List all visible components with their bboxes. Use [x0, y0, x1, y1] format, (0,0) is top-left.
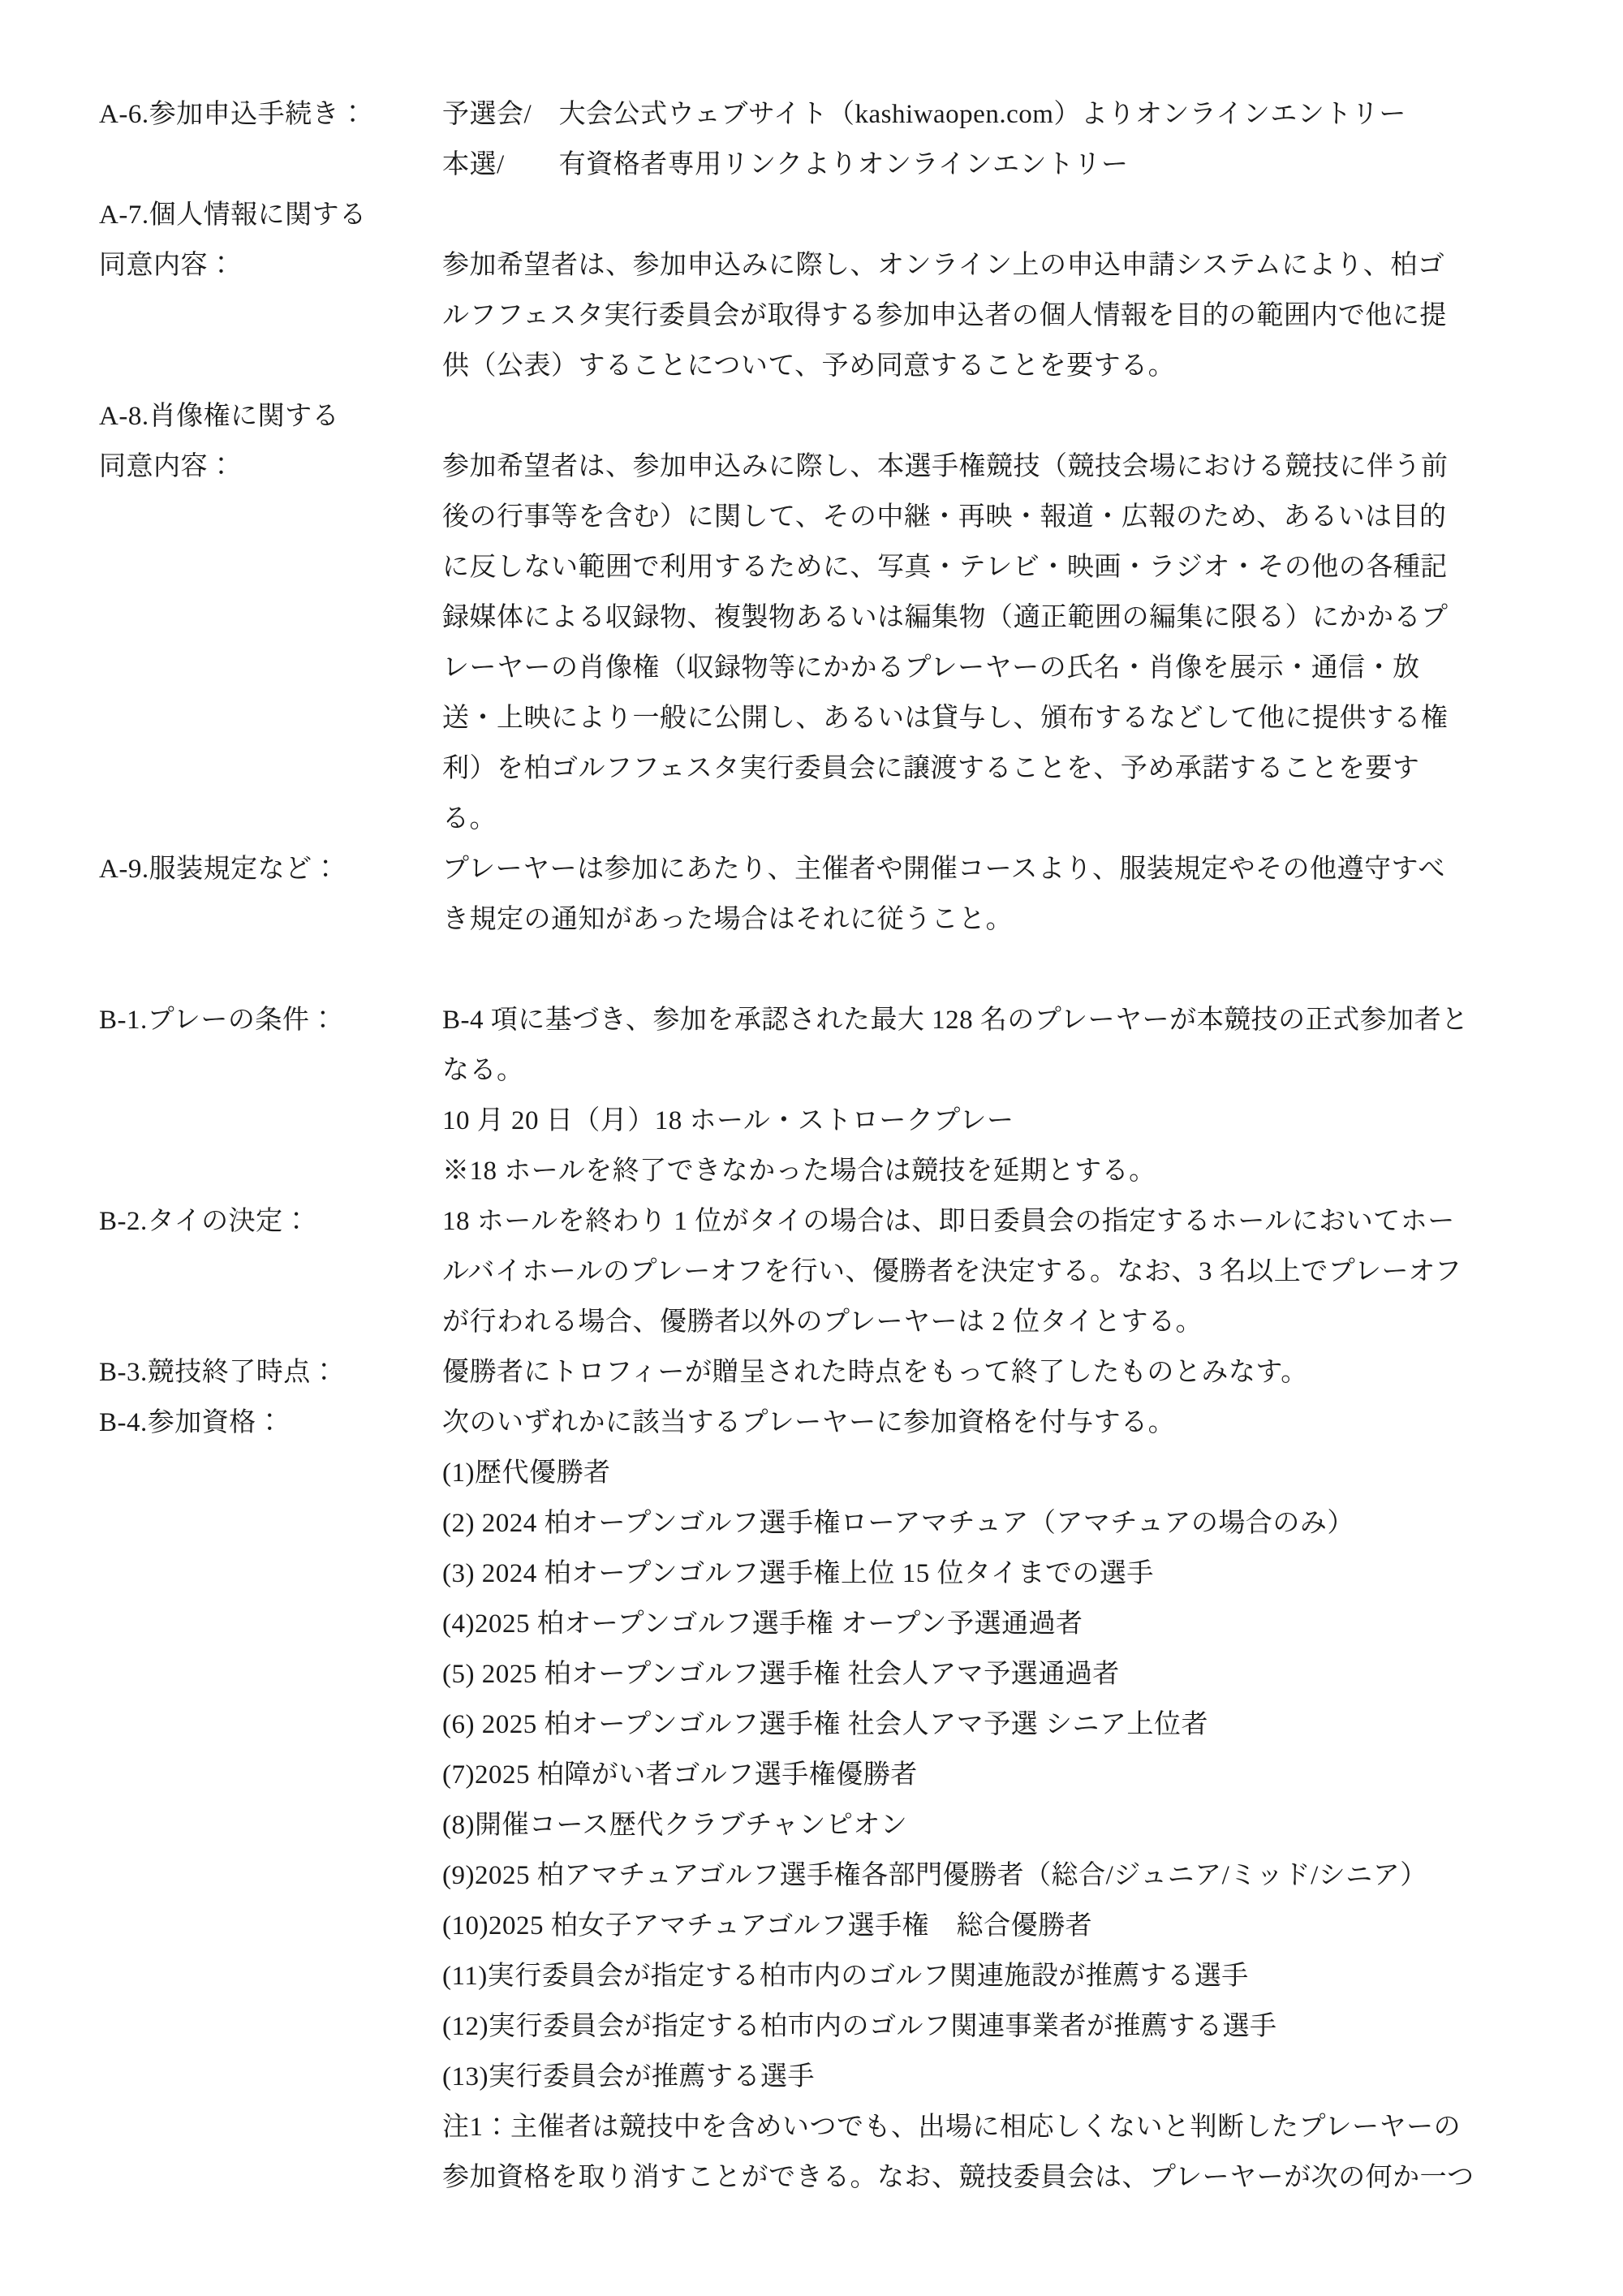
- text-line: (9)2025 柏アマチュアゴルフ選手権各部門優勝者（総合/ジュニア/ミッド/シ…: [442, 1850, 1527, 1901]
- text-line: A-7.個人情報に関する: [99, 190, 442, 240]
- text-line: 本選/ 有資格者専用リンクよりオンラインエントリー: [442, 140, 1527, 190]
- text-line: 優勝者にトロフィーが贈呈された時点をもって終了したものとみなす。: [442, 1347, 1527, 1398]
- document-section-B-1: B-1.プレーの条件： B-4 項に基づき、参加を承認された最大 128 名のプ…: [99, 995, 1527, 1196]
- section-content: 優勝者にトロフィーが贈呈された時点をもって終了したものとみなす。: [442, 1347, 1527, 1398]
- text-line: (12)実行委員会が指定する柏市内のゴルフ関連事業者が推薦する選手: [442, 2001, 1527, 2052]
- text-line: ルフフェスタ実行委員会が取得する参加申込者の個人情報を目的の範囲内で他に提: [442, 291, 1527, 341]
- text-line: 次のいずれかに該当するプレーヤーに参加資格を付与する。: [442, 1398, 1527, 1448]
- text-line: レーヤーの肖像権（収録物等にかかるプレーヤーの氏名・肖像を展示・通信・放: [442, 643, 1527, 693]
- text-line: る。: [442, 794, 1527, 844]
- text-line: 同意内容：: [99, 240, 442, 291]
- section-label: A-9.服装規定など：: [99, 844, 442, 894]
- text-line: プレーヤーは参加にあたり、主催者や開催コースより、服装規定やその他遵守すべ: [442, 844, 1527, 894]
- text-line: (13)実行委員会が推薦する選手: [442, 2052, 1527, 2102]
- text-line: (3) 2024 柏オープンゴルフ選手権上位 15 位タイまでの選手: [442, 1549, 1527, 1599]
- section-content: 参加希望者は、参加申込みに際し、本選手権競技（競技会場における競技に伴う前後の行…: [442, 391, 1527, 844]
- section-label: B-3.競技終了時点：: [99, 1347, 442, 1398]
- text-line: (1)歴代優勝者: [442, 1448, 1527, 1498]
- text-line: (11)実行委員会が指定する柏市内のゴルフ関連施設が推薦する選手: [442, 1951, 1527, 2001]
- text-line: 参加資格を取り消すことができる。なお、競技委員会は、プレーヤーが次の何か一つ: [442, 2152, 1527, 2203]
- text-line: 同意内容：: [99, 442, 442, 492]
- document-section-A-9: A-9.服装規定など： プレーヤーは参加にあたり、主催者や開催コースより、服装規…: [99, 844, 1527, 995]
- text-line: 利）を柏ゴルフフェスタ実行委員会に譲渡することを、予め承諾することを要す: [442, 743, 1527, 794]
- document-section-A-8: A-8.肖像権に関する同意内容： 参加希望者は、参加申込みに際し、本選手権競技（…: [99, 391, 1527, 844]
- text-line: [442, 391, 1527, 442]
- text-line: に反しない範囲で利用するために、写真・テレビ・映画・ラジオ・その他の各種記: [442, 542, 1527, 592]
- text-line: (8)開催コース歴代クラブチャンピオン: [442, 1800, 1527, 1850]
- text-line: 注1：主催者は競技中を含めいつでも、出場に相応しくないと判断したプレーヤーの: [442, 2102, 1527, 2152]
- text-line: 参加希望者は、参加申込みに際し、本選手権競技（競技会場における競技に伴う前: [442, 442, 1527, 492]
- section-content: 予選会/ 大会公式ウェブサイト（kashiwaopen.com）よりオンラインエ…: [442, 89, 1527, 190]
- document-section-B-3: B-3.競技終了時点： 優勝者にトロフィーが贈呈された時点をもって終了したものと…: [99, 1347, 1527, 1398]
- text-line: 10 月 20 日（月）18 ホール・ストロークプレー: [442, 1096, 1527, 1146]
- document-section-B-2: B-2.タイの決定： 18 ホールを終わり 1 位がタイの場合は、即日委員会の指…: [99, 1196, 1527, 1347]
- text-line: A-8.肖像権に関する: [99, 391, 442, 442]
- text-line: (6) 2025 柏オープンゴルフ選手権 社会人アマ予選 シニア上位者: [442, 1699, 1527, 1750]
- text-line: 18 ホールを終わり 1 位がタイの場合は、即日委員会の指定するホールにおいてホ…: [442, 1196, 1527, 1247]
- section-label: B-4.参加資格：: [99, 1398, 442, 1448]
- text-line: A-9.服装規定など：: [99, 844, 442, 894]
- document-section-A-7: A-7.個人情報に関する同意内容： 参加希望者は、参加申込みに際し、オンライン上…: [99, 190, 1527, 391]
- text-line: なる。: [442, 1045, 1527, 1096]
- text-line: 送・上映により一般に公開し、あるいは貸与し、頒布するなどして他に提供する権: [442, 693, 1527, 743]
- document-sections: A-6.参加申込手続き： 予選会/ 大会公式ウェブサイト（kashiwaopen…: [99, 89, 1527, 2203]
- text-line: B-3.競技終了時点：: [99, 1347, 442, 1398]
- section-label: B-2.タイの決定：: [99, 1196, 442, 1247]
- document-section-B-4: B-4.参加資格： 次のいずれかに該当するプレーヤーに参加資格を付与する。(1)…: [99, 1398, 1527, 2203]
- text-line: 後の行事等を含む）に関して、その中継・再映・報道・広報のため、あるいは目的: [442, 492, 1527, 542]
- text-line: ルバイホールのプレーオフを行い、優勝者を決定する。なお、3 名以上でプレーオフ: [442, 1247, 1527, 1297]
- text-line: が行われる場合、優勝者以外のプレーヤーは 2 位タイとする。: [442, 1297, 1527, 1347]
- text-line: B-4.参加資格：: [99, 1398, 442, 1448]
- section-label: A-8.肖像権に関する同意内容：: [99, 391, 442, 492]
- text-line: 予選会/ 大会公式ウェブサイト（kashiwaopen.com）よりオンラインエ…: [442, 89, 1527, 140]
- document-section-A-6: A-6.参加申込手続き： 予選会/ 大会公式ウェブサイト（kashiwaopen…: [99, 89, 1527, 190]
- section-label: A-7.個人情報に関する同意内容：: [99, 190, 442, 291]
- text-line: B-2.タイの決定：: [99, 1196, 442, 1247]
- section-content: プレーヤーは参加にあたり、主催者や開催コースより、服装規定やその他遵守すべき規定…: [442, 844, 1527, 995]
- text-line: ※18 ホールを終了できなかった場合は競技を延期とする。: [442, 1146, 1527, 1196]
- text-line: (4)2025 柏オープンゴルフ選手権 オープン予選通過者: [442, 1599, 1527, 1649]
- text-line: B-4 項に基づき、参加を承認された最大 128 名のプレーヤーが本競技の正式参…: [442, 995, 1527, 1045]
- text-line: (2) 2024 柏オープンゴルフ選手権ローアマチュア（アマチュアの場合のみ）: [442, 1498, 1527, 1549]
- text-line: A-6.参加申込手続き：: [99, 89, 442, 140]
- section-label: A-6.参加申込手続き：: [99, 89, 442, 140]
- text-line: 録媒体による収録物、複製物あるいは編集物（適正範囲の編集に限る）にかかるプ: [442, 592, 1527, 643]
- section-content: B-4 項に基づき、参加を承認された最大 128 名のプレーヤーが本競技の正式参…: [442, 995, 1527, 1196]
- text-line: B-1.プレーの条件：: [99, 995, 442, 1045]
- section-content: 参加希望者は、参加申込みに際し、オンライン上の申込申請システムにより、柏ゴルフフ…: [442, 190, 1527, 391]
- text-line: (5) 2025 柏オープンゴルフ選手権 社会人アマ予選通過者: [442, 1649, 1527, 1699]
- text-line: き規定の通知があった場合はそれに従うこと。: [442, 894, 1527, 945]
- text-line: 参加希望者は、参加申込みに際し、オンライン上の申込申請システムにより、柏ゴ: [442, 240, 1527, 291]
- text-line: [442, 945, 1527, 995]
- text-line: 供（公表）することについて、予め同意することを要する。: [442, 341, 1527, 391]
- section-label: B-1.プレーの条件：: [99, 995, 442, 1045]
- section-content: 18 ホールを終わり 1 位がタイの場合は、即日委員会の指定するホールにおいてホ…: [442, 1196, 1527, 1347]
- text-line: (7)2025 柏障がい者ゴルフ選手権優勝者: [442, 1750, 1527, 1800]
- document-page: A-6.参加申込手続き： 予選会/ 大会公式ウェブサイト（kashiwaopen…: [0, 0, 1623, 2296]
- text-line: [442, 190, 1527, 240]
- text-line: (10)2025 柏女子アマチュアゴルフ選手権 総合優勝者: [442, 1901, 1527, 1951]
- section-content: 次のいずれかに該当するプレーヤーに参加資格を付与する。(1)歴代優勝者(2) 2…: [442, 1398, 1527, 2203]
